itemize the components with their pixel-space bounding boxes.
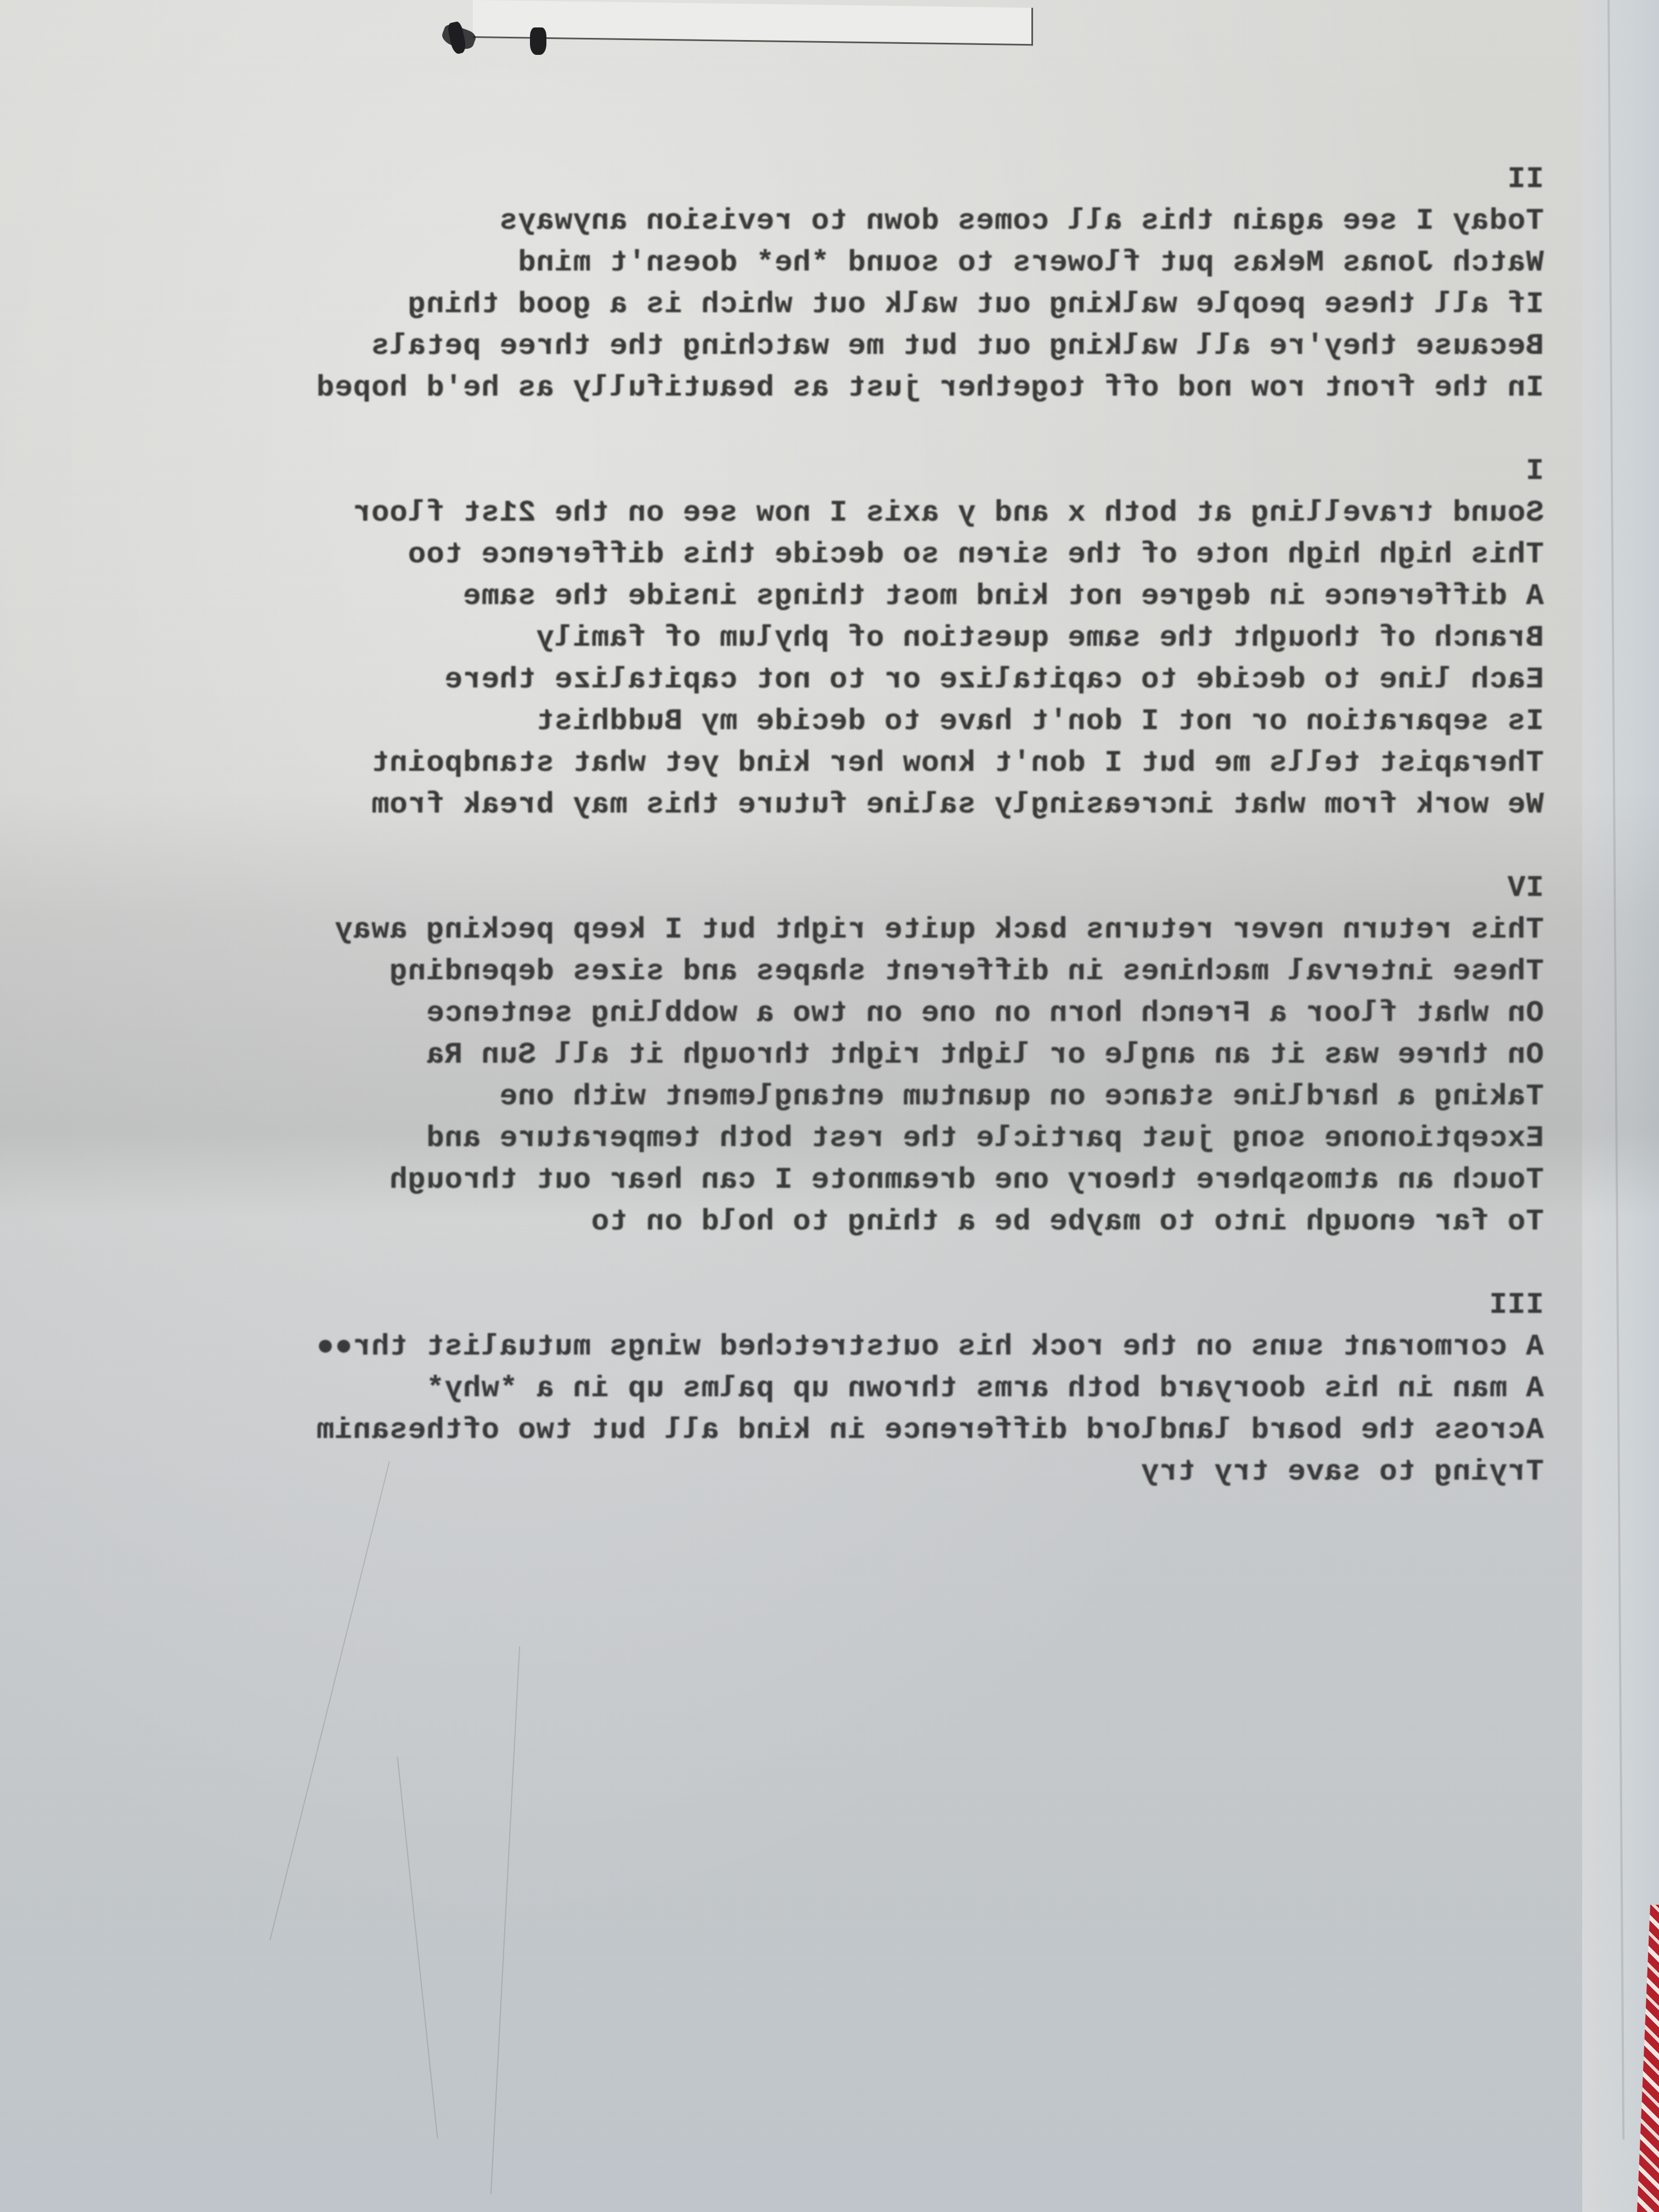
typewritten-poem: IIToday I see again this all comes down …: [0, 159, 1544, 1535]
faint-pencil-mark: [397, 1757, 438, 2138]
poem-section-iv: IVThis return never returns back quite r…: [0, 868, 1544, 1243]
poem-line: In the front row nod off together just a…: [0, 368, 1544, 409]
poem-line: These interval machines in different sha…: [0, 951, 1544, 993]
poem-line: This return never returns back quite rig…: [0, 910, 1544, 951]
section-heading: III: [0, 1285, 1544, 1327]
poem-line: This high high note of the siren so deci…: [0, 534, 1544, 576]
poem-line: Taking a hardline stance on quantum enta…: [0, 1076, 1544, 1118]
poem-line: If all these people walking out walk out…: [0, 284, 1544, 326]
poem-line: Across the board landlord difference in …: [0, 1410, 1544, 1452]
poem-line: A man in his dooryard both arms thrown u…: [0, 1368, 1544, 1410]
poem-line: On what floor a French horn on one on tw…: [0, 993, 1544, 1035]
poem-line: A difference in degree not kind most thi…: [0, 576, 1544, 618]
poem-line: Sound travelling at both x and y axis I …: [0, 493, 1544, 534]
poem-section-ii: IIToday I see again this all comes down …: [0, 159, 1544, 409]
section-heading: II: [0, 159, 1544, 201]
section-heading: IV: [0, 868, 1544, 910]
poem-section-iii: IIIA cormorant suns on the rock his outs…: [0, 1285, 1544, 1493]
poem-line: Touch an atmosphere theory one dreamnote…: [0, 1160, 1544, 1201]
ink-smudge: [530, 27, 546, 55]
faint-pencil-mark: [490, 1646, 520, 2194]
poem-line: To far enough into to maybe be a thing t…: [0, 1201, 1544, 1243]
poem-line: Is separation or not I don't have to dec…: [0, 701, 1544, 743]
folded-paper-tab: [473, 0, 1033, 46]
poem-line: We work from what increasingly saline fu…: [0, 785, 1544, 826]
poem-line: Watch Jonas Mekas put flowers to sound *…: [0, 242, 1544, 284]
poem-section-i: ISound travelling at both x and y axis I…: [0, 451, 1544, 826]
poem-line: Branch of thought the same question of p…: [0, 618, 1544, 659]
poem-line: Therapist tells me but I don't know her …: [0, 743, 1544, 785]
poem-line: Exceptionone song just particle the rest…: [0, 1118, 1544, 1160]
poem-line: Because they're all walking out but me w…: [0, 326, 1544, 368]
photo-scene: IIToday I see again this all comes down …: [0, 0, 1659, 2212]
ink-smudge: [440, 22, 478, 52]
poem-line: On three was it an angle or light right …: [0, 1035, 1544, 1076]
poem-line: Trying to save try try: [0, 1452, 1544, 1493]
poem-line: A cormorant suns on the rock his outstre…: [0, 1327, 1544, 1368]
section-heading: I: [0, 451, 1544, 493]
poem-line: Today I see again this all comes down to…: [0, 201, 1544, 242]
poem-line: Each line to decide to capitalize or to …: [0, 659, 1544, 701]
